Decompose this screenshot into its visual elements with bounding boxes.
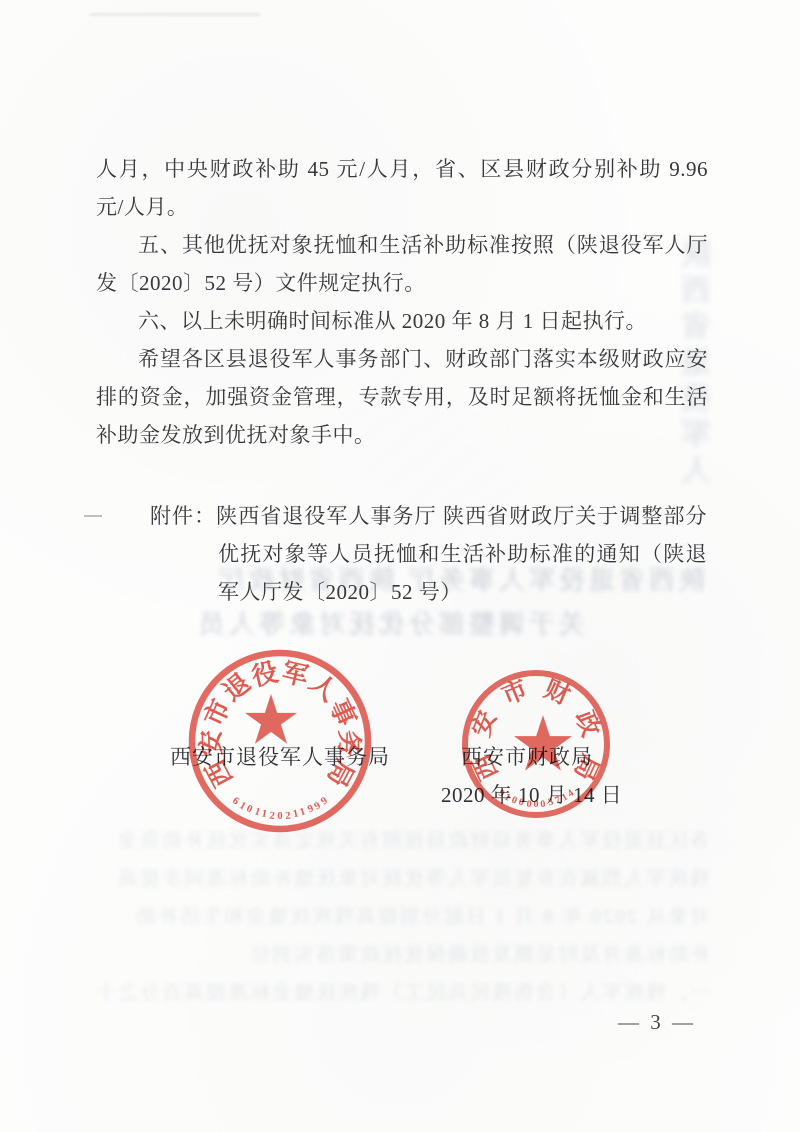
body-line: 五、其他优抚对象抚恤和生活补助标准按照（陕退役军人厅: [96, 226, 708, 264]
body-line: 希望各区县退役军人事务部门、财政部门落实本级财政应安: [96, 340, 708, 378]
bleedthrough-line: 对象从 2020 年 8 月 1 日起分别提高残疾抚恤金和生活补助: [95, 900, 710, 929]
seal-serial-number: 91000003714: [458, 666, 614, 822]
body-line: 发〔2020〕52 号）文件规定执行。: [96, 264, 708, 302]
fold-mark: [84, 515, 102, 517]
body-line: 人月，中央财政补助 45 元/人月，省、区县财政分别补助 9.96: [96, 150, 708, 188]
page-number: — 3 —: [618, 1010, 696, 1035]
body-line: 元/人月。: [96, 188, 708, 226]
body-line: 排的资金，加强资金管理，专款专用，及时足额将抚恤金和生活: [96, 378, 708, 416]
document-page: 陕西省退役军人事务厅 陕西省退役军人事务厅 陕西省财政厅 关于调整部分优抚对象等…: [0, 0, 800, 1132]
bleedthrough-line: 一、残疾军人（含伤残民兵民工）残疾抚恤金标准提高百分之十: [95, 976, 710, 1005]
seal-serial-number: 6101120211999: [185, 646, 375, 836]
attachment-line: 优抚对象等人员抚恤和生活补助标准的通知（陕退役: [150, 535, 707, 573]
official-seal-veterans-bureau: 西安市退役军人事务局 6101120211999: [185, 646, 375, 836]
body-line: 补助金发放到优抚对象手中。: [96, 416, 708, 454]
attachment-block: 附件：陕西省退役军人事务厅 陕西省财政厅关于调整部分 优抚对象等人员抚恤和生活补…: [150, 497, 707, 611]
body-line: 六、以上未明确时间标准从 2020 年 8 月 1 日起执行。: [96, 302, 708, 340]
bleedthrough-line: 补助标准并及时足额发放确保优抚政策落实到位: [250, 938, 710, 967]
attachment-label: 附件：: [150, 504, 216, 528]
attachment-line: 附件：陕西省退役军人事务厅 陕西省财政厅关于调整部分: [150, 497, 707, 535]
attachment-line: 军人厅发〔2020〕52 号）: [150, 573, 707, 611]
body-text: 人月，中央财政补助 45 元/人月，省、区县财政分别补助 9.96 元/人月。 …: [96, 150, 708, 454]
official-seal-finance-bureau: 西安市财政局 91000003714: [458, 666, 614, 822]
bleedthrough-line: 残疾军人烈属在乡复员军人等优抚对象抚恤补助标准同步提高: [95, 862, 710, 891]
attachment-text: 陕西省退役军人事务厅 陕西省财政厅关于调整部分: [216, 504, 707, 528]
scan-smudge: [90, 13, 260, 16]
